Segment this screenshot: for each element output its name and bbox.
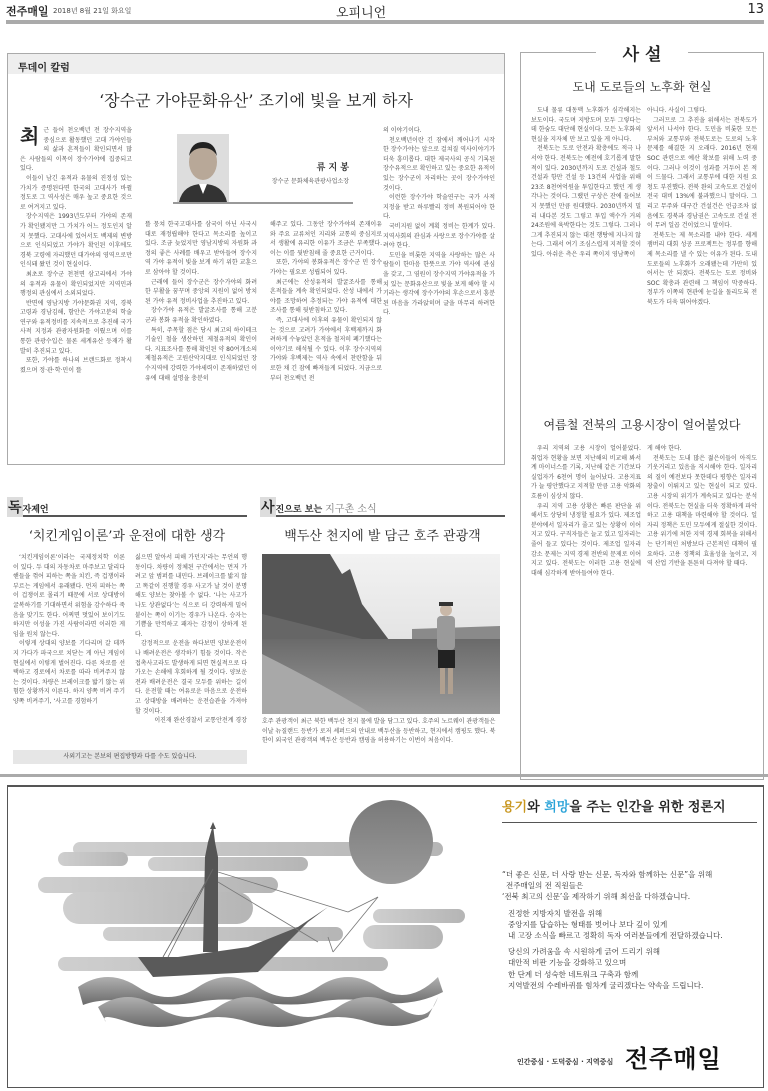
newspaper-ad: 용기와 희망을 주는 인간을 위한 정론지 “더 좋은 신문, 더 사랑 받는 …	[7, 785, 764, 1088]
ad-logo: 전주매일	[625, 1039, 722, 1074]
paragraph: 우리 지역 고용 상황은 빠른 판단을 위해서도 상당히 냉정할 필요가 있다.…	[531, 502, 641, 579]
paragraph: 장수지역은 1993년도부터 가야의 존재가 확인됐지만 그 가치가 어느 정도…	[20, 212, 132, 270]
today-column-header: 투데이 칼럼	[8, 54, 504, 74]
ad-paragraph-3: 당신의 가려움을 속 시원하게 긁어 드리기 위해 대안적 비판 기능을 강화하…	[502, 946, 762, 991]
today-column-headline: ‘장수군 가야문화유산’ 조기에 빛을 보게 하자	[8, 88, 504, 111]
editorial-headline-1: 도내 도로들의 노후화 현실	[521, 78, 763, 95]
today-column-col-1: 최 근 들어 천오백년 전 장수지역을 중심으로 활동했던 고대 가야인들의 삶…	[20, 126, 132, 462]
reader-column-col-1: ‘치킨게임이론’이라는 국제정치학 이론이 있다. 두 대의 자동차로 마주보고…	[13, 553, 125, 743]
reader-column-header: 독자제언	[7, 497, 247, 517]
paragraph: 싫으면 알아서 피해 가던지’라는 무언의 행동이다. 차량이 정체된 구간에서…	[135, 554, 247, 638]
world-photo-headline: 백두산 천지에 발 담근 호주 관광객	[260, 525, 505, 544]
masthead: 전주매일 2018년 8월 21일 화요일 오피니언 13	[6, 2, 764, 20]
paragraph: 또한, 가야의 봉화유적은 장수군 민 장수가야는 필요로 성립되어 있다.	[270, 258, 382, 277]
paragraph: 아니다. 사실이 그렇다.	[647, 107, 707, 114]
editorial-1-col-1: 도내 물류 대동맥 노후화가 심각해지는 보도이다. 국도며 지방도며 모두 그…	[531, 106, 641, 406]
ad-line: 내 고장 소식을 빠르고 정확히 독자 여러분들에게 전달하겠습니다.	[508, 930, 762, 941]
author-name: 류 지 봉	[317, 160, 349, 173]
reader-column-label-initial: 독	[7, 497, 23, 517]
paragraph: 전북도는 도내 많은 젊은이들이 아직도 기웃거리고 있음을 직시해야 한다. …	[647, 454, 757, 569]
ad-line: 당신의 가려움을 속 시원하게 긁어 드리기 위해	[508, 946, 762, 957]
paragraph: 해주고 있다. 그동안 장수가야의 존재이유와 주요 교류처인 지리와 교통의 …	[270, 221, 382, 257]
today-column-label: 투데이 칼럼	[18, 63, 70, 74]
reader-column: 독자제언 ‘치킨게임이론’과 운전에 대한 생각 ‘치킨게임이론’이라는 국제정…	[7, 497, 247, 779]
ship-illustration	[18, 797, 488, 1067]
paragraph: 최초로 장수군 천천면 삼고리에서 가야의 유적과 유물이 확인되었지만 지역민…	[20, 270, 132, 299]
author-photo	[177, 134, 229, 202]
ad-line: 전주매일의 전 직원들은	[502, 880, 762, 891]
ad-body: “더 좋은 신문, 더 사랑 받는 신문, 독자와 함께하는 신문”을 위해 전…	[502, 869, 762, 991]
paragraph: 반면에 영남지방 가야문화권 지역, 경북고령과 경남김해, 함안은 가야고분의…	[20, 299, 132, 357]
paragraph: 이런한 장수가야 학술연구는 국가 사적 지정을 받고 하루빨리 정비 복원되어…	[383, 193, 495, 222]
paper-name: 전주매일	[6, 3, 49, 19]
editorial-headline-2: 여름철 전북의 고용시장이 얼어붙었다	[521, 416, 763, 433]
editorial-2-col-2: 게 해야 한다. 전북도는 도내 많은 젊은이들이 아직도 기웃거리고 있음을 …	[647, 444, 757, 774]
paragraph: 도내 물류 대동맥 노후화가 심각해지는 보도이다. 국도며 지방도며 모두 그…	[531, 106, 641, 144]
ad-paragraph-1: “더 좋은 신문, 더 사랑 받는 신문, 독자와 함께하는 신문”을 위해 전…	[502, 869, 762, 903]
author-box: 류 지 봉 장수군 문화체육관광사업소장	[173, 134, 353, 204]
paragraph: 전북도는 제 목소리를 내야 한다. 세계 잼버리 대회 성공 프로젝트는 정부…	[647, 231, 757, 308]
paragraph: 근래에 들어 장수군은 장수가야의 화려한 부활을 꿈꾸며 중앙의 지원이 없어…	[145, 278, 257, 307]
paragraph: 이렇게 상대의 양보를 기다리며 갈 데까지 가다가 파국으로 치닫는 게 아닌…	[13, 639, 125, 706]
paragraph: 국비지원 없이 계획 정비는 한계가 있다. 지역사회의 관심과 사랑으로 장수…	[383, 222, 495, 251]
ad-line: 진정한 지방자치 발전을 위해	[508, 908, 762, 919]
slogan-word-hope: 희망	[544, 800, 569, 815]
paragraph: 뜰 뭉쳐 한국고대사를 삼국이 아닌 사국시대로 재정립해야 한다고 목소리를 …	[145, 221, 257, 276]
drop-cap: 최	[20, 126, 39, 146]
editorial-2-col-1: 우리 지역의 고용 시장이 얼어붙었다. 취업자 현황을 보면 지난해의 비교해…	[531, 444, 641, 774]
world-photo-label-light: 지구촌 소식	[325, 504, 376, 515]
slogan-word-courage: 용기	[502, 800, 527, 815]
world-photo-label-initial: 사	[260, 497, 276, 517]
editorial-label: 사 설	[521, 40, 763, 65]
ad-line: 대안적 비판 기능을 강화하고 있으며	[508, 957, 762, 968]
slogan-rest: 을 주는 인간을 위한 정론지	[569, 800, 725, 815]
world-photo-label-mid: 진으로 보는	[276, 505, 323, 515]
today-column-col-3: 해주고 있다. 그동안 장수가야의 존재이유와 주요 교류처인 지리와 교통의 …	[270, 220, 382, 462]
paragraph: 최근에는 산성유적의 발굴조사를 통해 흔적들을 계속 확인되었다. 산성 내에…	[270, 278, 382, 316]
ad-slogan: 용기와 희망을 주는 인간을 위한 정론지	[502, 793, 757, 823]
paragraph: 전북도는 도로 안전과 확충에도 적극 나서야 한다. 전북도는 예전에 호기롭…	[531, 144, 641, 259]
editorial: 사 설 도내 도로들의 노후화 현실 도내 물류 대동맥 노후화가 심각해지는 …	[520, 52, 764, 780]
author-title: 장수군 문화체육관광사업소장	[272, 176, 349, 185]
slogan-conj: 와	[527, 800, 544, 815]
reader-column-headline: ‘치킨게임이론’과 운전에 대한 생각	[7, 525, 247, 544]
ad-line: “더 좋은 신문, 더 사랑 받는 신문, 독자와 함께하는 신문”을 위해	[502, 869, 762, 880]
paragraph: ‘치킨게임이론’이라는 국제정치학 이론이 있다. 두 대의 자동차로 마주보고…	[13, 553, 125, 639]
paragraph: 우리 지역의 고용 시장이 얼어붙었다. 취업자 현황을 보면 지난해의 비교해…	[531, 444, 641, 502]
world-photo-caption: 호주 관광객이 최근 북한 백두산 천지 물에 발을 담그고 있다. 호주의 노…	[262, 717, 500, 746]
world-photo-news: 사진으로 보는지구촌 소식 백두산 천지에 발 담근 호주 관광객 호	[260, 497, 505, 779]
paragraph: 의 이야기이다.	[383, 127, 422, 134]
ad-motto: 인간중심 · 도덕중심 · 지역중심	[517, 1057, 613, 1067]
ad-line: 한 단계 더 성숙한 네트워크 구축과 함께	[508, 969, 762, 980]
world-photo-header: 사진으로 보는지구촌 소식	[260, 497, 505, 517]
today-column: 투데이 칼럼 ‘장수군 가야문화유산’ 조기에 빛을 보게 하자 최 근 들어 …	[7, 53, 505, 465]
ad-paragraph-2: 진정한 지방자치 발전을 위해 중앙지를 답습하는 형태를 벗어나 보다 깊이 …	[502, 908, 762, 942]
paragraph: 이들이 남긴 유적과 유물의 진정성 있는 가치가 증명된다면 한국의 고대사가…	[20, 174, 132, 212]
paragraph: 도민을 비롯한 지역을 사랑하는 많은 사람들이 한마음 한뜻으로 가야 역사에…	[383, 251, 495, 318]
reader-column-col-2: 싫으면 알아서 피해 가던지’라는 무언의 행동이다. 차량이 정체된 구간에서…	[135, 553, 247, 743]
issue-date: 2018년 8월 21일 화요일	[53, 6, 131, 16]
ad-line: 중앙지를 답습하는 형태를 벗어나 보다 깊이 있게	[508, 919, 762, 930]
section-title: 오피니언	[336, 2, 386, 21]
disclaimer-bar: 사외기고는 본보의 편집방향과 다를 수도 있습니다.	[13, 750, 247, 764]
reader-column-label: 자제언	[23, 505, 49, 515]
ad-line: ‘전북 최고의 신문’을 제작하기 위해 최선을 다하겠습니다.	[502, 891, 762, 902]
paragraph: 그러므로 그 추진을 위해서는 전북도가 앞서서 나서야 한다. 도민을 비롯한…	[647, 116, 757, 231]
paragraph: 장수가야 유적은 발굴조사를 통해 고분군과 봉화 유적을 확인하였다.	[145, 306, 257, 325]
today-column-col-4: 의 이야기이다. 천오백년이란 긴 잠에서 깨어나기 시작한 장수가야는 앞으로…	[383, 126, 495, 462]
ad-top-rule	[0, 774, 768, 777]
editorial-1-col-2: 아니다. 사실이 그렇다. 그러므로 그 추진을 위해서는 전북도가 앞서서 나…	[647, 106, 757, 406]
paragraph: 또한, 가야를 하나의 브랜드화로 정착시켰으며 정·관·학·민이 뜰	[20, 356, 132, 375]
paragraph: 게 해야 한다.	[647, 445, 682, 452]
paragraph: 천오백년이란 긴 잠에서 깨어나기 시작한 장수가야는 앞으로 걸쳐질 역사이야…	[383, 136, 495, 194]
ad-line: 지역발전의 수레바퀴를 힘차게 굴리겠다는 약속을 드립니다.	[508, 980, 762, 991]
disclaimer-text: 사외기고는 본보의 편집방향과 다를 수도 있습니다.	[63, 753, 196, 760]
paragraph: 즉, 고대사에 이후의 유물이 확인되지 않는 것으로 고려가 가야에서 후백제…	[270, 316, 382, 383]
byline: 이진재 완산경찰서 교통안전계 경장	[135, 716, 247, 726]
masthead-rule	[6, 20, 764, 24]
today-column-col-2: 뜰 뭉쳐 한국고대사를 삼국이 아닌 사국시대로 재정립해야 한다고 목소리를 …	[145, 220, 257, 462]
page-number: 13	[747, 2, 764, 17]
paragraph: 특히, 주목할 점은 당시 최고의 하이테크 기술인 철을 생산하던 제철유적의…	[145, 326, 257, 384]
baekdu-photo	[262, 554, 500, 714]
paragraph: 감정적으로 운전을 하다보면 양보운전이나 배려운전은 생각하기 힘들 것이다.…	[135, 639, 247, 716]
